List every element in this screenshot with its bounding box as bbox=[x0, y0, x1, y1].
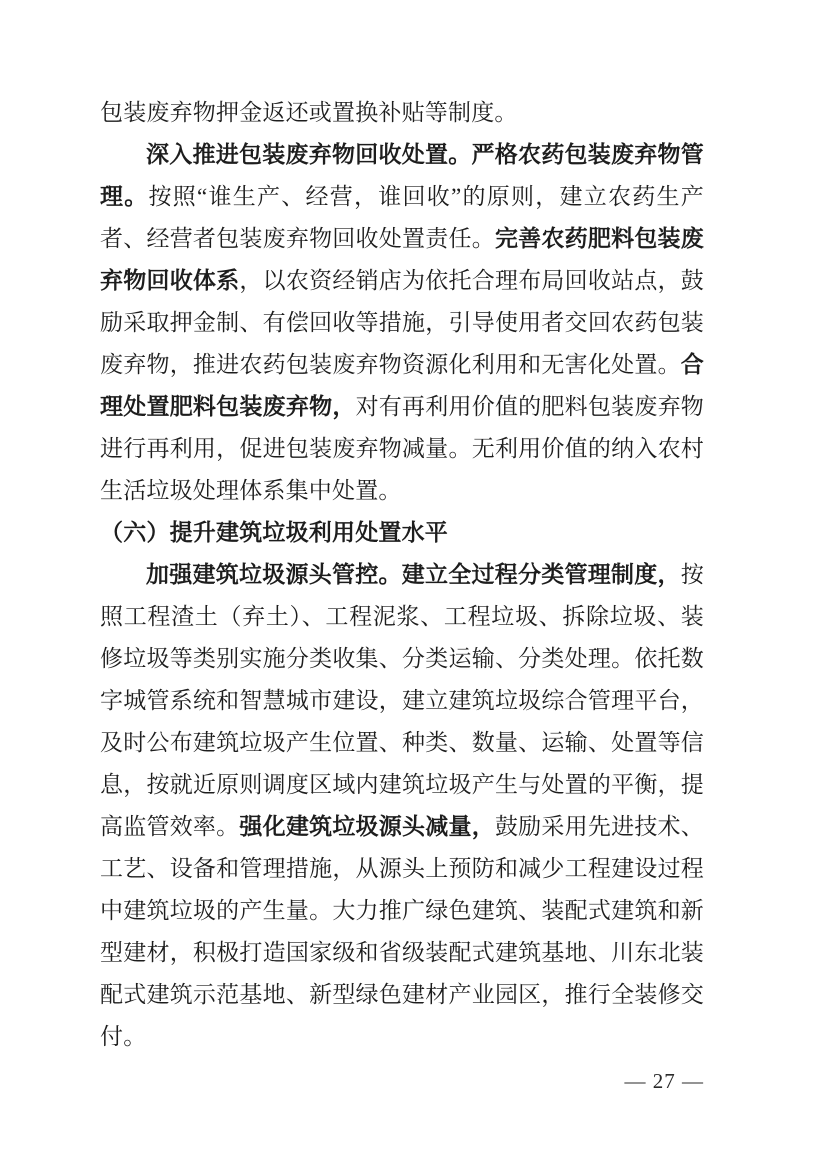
paragraph: 深入推进包装废弃物回收处置。严格农药包装废弃物管理。按照“谁生产、经营，谁回收”… bbox=[100, 134, 704, 512]
text-run: 按照工程渣土（弃土）、工程泥浆、工程垃圾、拆除垃圾、装修垃圾等类别实施分类收集、… bbox=[100, 562, 704, 839]
text-run: 强化建筑垃圾源头减量， bbox=[239, 814, 495, 839]
document-page: 包装废弃物押金返还或置换补贴等制度。深入推进包装废弃物回收处置。严格农药包装废弃… bbox=[0, 0, 826, 1169]
text-run: 鼓励采用先进技术、工艺、设备和管理措施，从源头上预防和减少工程建设过程中建筑垃圾… bbox=[100, 814, 704, 1049]
paragraph: 包装废弃物押金返还或置换补贴等制度。 bbox=[100, 92, 704, 134]
page-footer: — 27 — bbox=[100, 1066, 704, 1096]
text-run: 加强建筑垃圾源头管控。建立全过程分类管理制度， bbox=[146, 562, 681, 587]
section-heading: （六）提升建筑垃圾利用处置水平 bbox=[100, 512, 704, 554]
page-number: — 27 — bbox=[625, 1069, 705, 1093]
paragraph: 加强建筑垃圾源头管控。建立全过程分类管理制度，按照工程渣土（弃土）、工程泥浆、工… bbox=[100, 554, 704, 1058]
text-run: （六）提升建筑垃圾利用处置水平 bbox=[100, 520, 448, 545]
document-body: 包装废弃物押金返还或置换补贴等制度。深入推进包装废弃物回收处置。严格农药包装废弃… bbox=[100, 92, 704, 1058]
text-run: 包装废弃物押金返还或置换补贴等制度。 bbox=[100, 100, 518, 125]
